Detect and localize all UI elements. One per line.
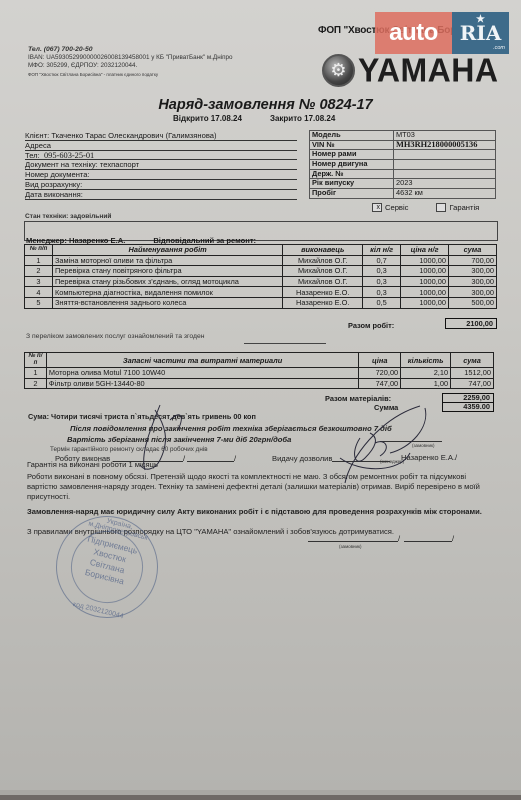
works-cell: Михайлов О.Г.: [283, 255, 363, 266]
vehicle-row: Рік випуску2023: [310, 179, 496, 189]
works-column-header: Найменування робіт: [52, 245, 282, 256]
works-cell: 1000,00: [401, 266, 449, 277]
works-cell: 300,00: [449, 266, 497, 277]
vehicle-field-label: Рік випуску: [310, 179, 394, 189]
works-cell: 2: [25, 266, 53, 277]
document-number-row: Номер документа:: [25, 170, 297, 180]
company-iban: IBAN: UA593052990000026008139458001 у КБ…: [28, 54, 232, 62]
vehicle-value-text: 2023: [396, 178, 412, 187]
order-dates: Відкрито 17.08.24 Закрито 17.08.24: [173, 114, 335, 123]
works-cell: 3: [25, 276, 53, 287]
phone-row: Тел: 095-603-25-01: [25, 151, 297, 161]
works-cell: 0,7: [363, 255, 401, 266]
vehicle-field-value: 4632 км: [394, 189, 496, 199]
works-cell: 1000,00: [401, 297, 449, 308]
agree-signature-line: [244, 343, 326, 344]
works-cell: 0,5: [363, 297, 401, 308]
service-checkbox-box[interactable]: x: [372, 203, 382, 212]
parts-table-row: 1Моторна олива Motul 7100 10W40720,002,1…: [25, 368, 494, 379]
sum-in-words: Сума: Чотири тисячі триста п`ятьдесят де…: [28, 412, 256, 421]
vehicle-value-text: 4632 км: [396, 188, 423, 197]
watermark-ria-block: ★ RIA .com: [452, 12, 509, 54]
document-number-label: Номер документа:: [25, 170, 90, 179]
address-row: Адреса: [25, 141, 297, 151]
works-cell: 1: [25, 255, 53, 266]
parts-cell: 1,00: [401, 378, 451, 389]
order-title: Наряд-замовлення № 0824-17: [0, 97, 521, 113]
works-cell: Перевірка стану повітряного фільтра: [52, 266, 282, 277]
works-cell: Назаренко Е.О.: [283, 297, 363, 308]
vehicle-field-value: [394, 150, 496, 160]
vehicle-row: VIN №MH3RH218000005136: [310, 140, 496, 150]
company-mfo: МФО: 305299, ЄДРПОУ: 2032120044.: [28, 62, 232, 70]
customer-signature-line: [380, 441, 442, 442]
final-caption: (замовник): [339, 544, 362, 549]
works-cell: 1000,00: [401, 255, 449, 266]
parts-cell: 2,10: [401, 368, 451, 379]
vehicle-value-text: MT03: [396, 130, 415, 139]
autoria-watermark: auto ★ RIA .com: [375, 12, 509, 54]
work-order-document: Тел. (067) 700-20-50 IBAN: UA59305299000…: [0, 0, 521, 790]
works-cell: 300,00: [449, 276, 497, 287]
parts-column-header: кількість: [401, 353, 451, 368]
works-cell: Зняття-встановлення заднього колеса: [52, 297, 282, 308]
parts-cell: 1: [25, 368, 47, 379]
vehicle-field-label: Модель: [310, 131, 394, 141]
document-row: Документ на техніку: техпаспорт: [25, 160, 297, 170]
works-cell: Перевірка стану різьбових з'єднань, огля…: [52, 276, 282, 287]
works-table-row: 1Заміна моторної оливи та фільтраМихайло…: [25, 255, 497, 266]
closed-date: Закрито 17.08.24: [270, 114, 335, 123]
parts-column-header: № п/п: [25, 353, 47, 368]
company-phone: Тел. (067) 700-20-50: [28, 46, 232, 54]
parts-cell: 747,00: [451, 378, 494, 389]
parts-cell: Фільтр оливи 5GH-13440-80: [46, 378, 358, 389]
vehicle-field-value: 2023: [394, 179, 496, 189]
watermark-auto: auto: [375, 12, 452, 54]
warranty-checkbox[interactable]: Гарантія: [436, 203, 479, 212]
works-cell: 4: [25, 287, 53, 298]
parts-cell: 1512,00: [451, 368, 494, 379]
vehicle-field-value: [394, 169, 496, 179]
works-cell: 1000,00: [401, 276, 449, 287]
parts-cell: Моторна олива Motul 7100 10W40: [46, 368, 358, 379]
contacts-block: Тел. (067) 700-20-50 IBAN: UA59305299000…: [28, 46, 232, 79]
final-name-line: [404, 541, 452, 542]
yamaha-logo: ⚙ YAMAHA: [322, 52, 499, 89]
storage-free-note: Після повідомлення про закінчення робіт …: [70, 424, 392, 433]
works-cell: 0,3: [363, 266, 401, 277]
payment-row: Вид розрахунку:: [25, 180, 297, 190]
slash-divider: /: [452, 534, 454, 543]
parts-table-row: 2Фільтр оливи 5GH-13440-80747,001,00747,…: [25, 378, 494, 389]
service-checkbox[interactable]: x Сервіс: [372, 203, 408, 212]
works-column-header: сума: [449, 245, 497, 256]
works-cell: 0,3: [363, 276, 401, 287]
warranty-term-note: Термін гарантійного ремонту складає 60 р…: [50, 446, 208, 453]
client-block: Клієнт: Ткаченко Тарас Олескандрович (Га…: [25, 131, 297, 200]
works-column-header: кіл н/г: [363, 245, 401, 256]
condition-label: Стан техніки: задовільний: [25, 213, 111, 220]
works-cell: Михайлов О.Г.: [283, 276, 363, 287]
storage-cost-note: Вартість зберігання після закінчення 7-м…: [67, 435, 291, 444]
vehicle-field-value: [394, 160, 496, 170]
vehicle-row: Пробіг4632 км: [310, 189, 496, 199]
vehicle-row: Номер рами: [310, 150, 496, 160]
warranty-month: Гарантія на виконані роботи 1 місяць: [27, 460, 497, 470]
service-label: Сервіс: [385, 203, 408, 212]
works-cell: 1000,00: [401, 287, 449, 298]
client-name: Ткаченко Тарас Олескандрович (Галимзянов…: [51, 131, 216, 140]
works-cell: 700,00: [449, 255, 497, 266]
works-cell: 5: [25, 297, 53, 308]
brand-wordmark: YAMAHA: [358, 51, 499, 90]
works-cell: Заміна моторної оливи та фільтра: [52, 255, 282, 266]
works-cell: Назаренко Е.О.: [283, 287, 363, 298]
parts-column-header: сума: [451, 353, 494, 368]
client-name-label: Клієнт:: [25, 131, 49, 140]
works-table-row: 5Зняття-встановлення заднього колесаНаза…: [25, 297, 497, 308]
works-total-label: Разом робіт:: [348, 321, 394, 330]
final-signature-line: [308, 541, 398, 542]
order-type-checks: x Сервіс Гарантія: [372, 203, 479, 212]
vehicle-row: МодельMT03: [310, 131, 496, 141]
works-cell: 0,3: [363, 287, 401, 298]
vehicle-table: МодельMT03VIN №MH3RH218000005136Номер ра…: [309, 130, 496, 199]
vehicle-field-label: Пробіг: [310, 189, 394, 199]
works-cell: Компьютерна діагностіка, видалення помил…: [52, 287, 282, 298]
vehicle-field-value: MH3RH218000005136: [394, 140, 496, 150]
parts-cell: 747,00: [359, 378, 401, 389]
taxpayer-note: ФОП "Хвостюк Світлана Борисівна" - платн…: [28, 71, 232, 79]
document-label: Документ на техніку:: [25, 160, 98, 169]
vehicle-field-label: Номер рами: [310, 150, 394, 160]
vehicle-field-value: MT03: [394, 131, 496, 141]
opened-date: Відкрито 17.08.24: [173, 114, 242, 123]
parts-column-header: ціна: [359, 353, 401, 368]
works-table: № п/пНайменування робітвиконавецькіл н/г…: [24, 244, 497, 309]
works-table-row: 2Перевірка стану повітряного фільтраМиха…: [25, 266, 497, 277]
works-column-header: № п/п: [25, 245, 53, 256]
vehicle-value-text: MH3RH218000005136: [396, 140, 477, 149]
grand-total-value: 4359.00: [442, 402, 494, 412]
materials-total-label: Разом матеріалів:: [325, 394, 391, 403]
vehicle-row: Номер двигуна: [310, 160, 496, 170]
grand-total-label: Сумма: [374, 403, 398, 412]
table-edge: [0, 795, 521, 800]
client-name-row: Клієнт: Ткаченко Тарас Олескандрович (Га…: [25, 131, 297, 141]
payment-label: Вид розрахунку:: [25, 180, 82, 189]
document-value: техпаспорт: [100, 160, 139, 169]
works-table-row: 3Перевірка стану різьбових з'єднань, огл…: [25, 276, 497, 287]
vehicle-field-label: Номер двигуна: [310, 160, 394, 170]
tuning-fork-emblem-icon: ⚙: [322, 54, 355, 87]
works-cell: Михайлов О.Г.: [283, 266, 363, 277]
phone-label: Тел:: [25, 151, 40, 160]
customer-caption: (замовник): [412, 443, 435, 448]
parts-cell: 2: [25, 378, 47, 389]
works-cell: 300,00: [449, 287, 497, 298]
date-label: Дата виконання:: [25, 190, 83, 199]
works-total-value: 2100,00: [445, 318, 497, 329]
vehicle-field-label: Держ. №: [310, 169, 394, 179]
company-stamp: Україна, м.Дніпропетровськ ПідприємецьХв…: [45, 505, 169, 629]
vehicle-field-label: VIN №: [310, 140, 394, 150]
slash-divider: /: [398, 534, 400, 543]
works-cell: 500,00: [449, 297, 497, 308]
parts-table: № п/пЗапасні частини та витратні материа…: [24, 352, 494, 389]
works-table-row: 4Компьютерна діагностіка, видалення поми…: [25, 287, 497, 298]
vehicle-row: Держ. №: [310, 169, 496, 179]
date-row: Дата виконання:: [25, 190, 297, 200]
warranty-label: Гарантія: [449, 203, 479, 212]
address-label: Адреса: [25, 141, 51, 150]
warranty-checkbox-box[interactable]: [436, 203, 446, 212]
works-column-header: ціна н/г: [401, 245, 449, 256]
parts-column-header: Запасні частини та витратні материали: [46, 353, 358, 368]
completion-statement: Роботи виконані в повному обсязі. Претен…: [27, 472, 497, 503]
works-column-header: виконавець: [283, 245, 363, 256]
parts-cell: 720,00: [359, 368, 401, 379]
star-icon: ★: [476, 14, 485, 25]
client-phone: 095-603-25-01: [44, 151, 94, 160]
agree-statement: З переліком замовлених послуг ознайомлен…: [26, 333, 205, 340]
